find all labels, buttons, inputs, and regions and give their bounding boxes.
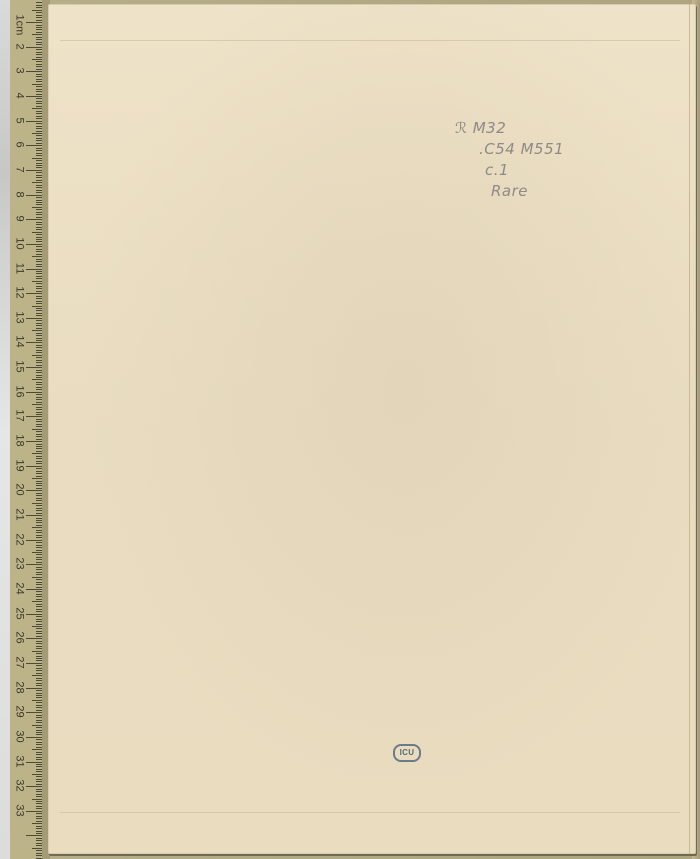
ruler-tick	[26, 688, 42, 689]
ruler-tick	[32, 158, 42, 159]
ruler-tick	[26, 564, 42, 565]
ruler-tick	[26, 490, 42, 491]
call-number-line-1: ℛ M32	[455, 118, 564, 139]
ruler-tick	[32, 404, 42, 405]
ruler-tick	[26, 712, 42, 713]
ruler-tick	[26, 737, 42, 738]
page-fold-line	[689, 4, 690, 854]
ruler-label: 8	[14, 187, 25, 201]
ruler-label: 14	[14, 335, 25, 349]
ruler-tick	[32, 10, 42, 11]
ruler-tick	[26, 71, 42, 72]
ruler-label: 7	[14, 162, 25, 176]
ruler-label: 33	[14, 803, 25, 817]
faint-border-bottom	[60, 812, 680, 813]
ruler-label: 23	[14, 557, 25, 571]
ruler-tick	[32, 84, 42, 85]
ruler-tick	[32, 133, 42, 134]
ruler-label: 20	[14, 483, 25, 497]
ruler-label: 3	[14, 64, 25, 78]
ruler-label: 26	[14, 631, 25, 645]
ruler-label: 25	[14, 606, 25, 620]
ruler-label: 32	[14, 779, 25, 793]
ruler-label: 24	[14, 581, 25, 595]
ruler-label: 15	[14, 360, 25, 374]
ruler-tick	[26, 244, 42, 245]
ruler-tick	[32, 256, 42, 257]
ruler-tick	[26, 515, 42, 516]
measuring-ruler: 1cm2345678910111213141516171819202122232…	[10, 0, 43, 859]
ruler-tick	[26, 269, 42, 270]
ruler-tick	[32, 379, 42, 380]
ruler-tick	[32, 799, 42, 800]
ruler-tick	[26, 786, 42, 787]
ruler-label: 2	[14, 39, 25, 53]
ruler-label: 11	[14, 261, 25, 275]
ruler-tick	[32, 306, 42, 307]
ruler-tick	[32, 478, 42, 479]
ruler-tick	[26, 441, 42, 442]
ruler-tick	[26, 195, 42, 196]
ruler-tick	[32, 281, 42, 282]
ruler-label: 13	[14, 310, 25, 324]
ruler-tick	[26, 47, 42, 48]
ruler-tick	[32, 429, 42, 430]
ruler-tick	[26, 145, 42, 146]
ruler-tick	[26, 762, 42, 763]
ruler-label: 4	[14, 88, 25, 102]
ruler-tick	[26, 614, 42, 615]
call-number-line-2: .C54 M551	[455, 139, 564, 160]
ruler-label: 9	[14, 212, 25, 226]
ruler-label: 21	[14, 508, 25, 522]
faint-border-top	[60, 40, 680, 41]
ruler-label: 31	[14, 754, 25, 768]
ruler-tick	[32, 527, 42, 528]
ruler-tick	[32, 749, 42, 750]
ruler-label: 30	[14, 729, 25, 743]
ruler-label: 27	[14, 655, 25, 669]
ruler-tick	[32, 59, 42, 60]
ruler-tick	[26, 170, 42, 171]
ruler-tick	[32, 700, 42, 701]
ruler-label: 29	[14, 705, 25, 719]
ruler-label: 18	[14, 434, 25, 448]
ruler-tick	[32, 108, 42, 109]
ruler-tick	[26, 540, 42, 541]
ruler-tick	[32, 182, 42, 183]
ruler-tick	[26, 342, 42, 343]
ruler-tick	[32, 577, 42, 578]
ruler-tick	[32, 207, 42, 208]
document-page	[48, 4, 696, 854]
ruler-tick	[26, 392, 42, 393]
ruler-tick	[32, 651, 42, 652]
ruler-tick	[32, 601, 42, 602]
ruler-label: 5	[14, 113, 25, 127]
handwritten-call-number: ℛ M32 .C54 M551 c.1 Rare	[455, 118, 564, 202]
ruler-tick	[26, 293, 42, 294]
ruler-tick	[26, 466, 42, 467]
ruler-label: 10	[14, 236, 25, 250]
ruler-tick	[32, 34, 42, 35]
ruler-tick	[26, 219, 42, 220]
ruler-label: 22	[14, 532, 25, 546]
ruler-tick	[26, 811, 42, 812]
call-number-line-4: Rare	[455, 181, 564, 202]
ruler-tick	[26, 589, 42, 590]
ruler-tick	[26, 367, 42, 368]
ruler-tick	[32, 774, 42, 775]
ruler-tick	[26, 121, 42, 122]
ruler-tick	[32, 453, 42, 454]
ruler-tick	[32, 355, 42, 356]
ruler-tick	[26, 22, 42, 23]
ruler-label: 28	[14, 680, 25, 694]
ruler-label: 19	[14, 458, 25, 472]
ruler-tick	[32, 626, 42, 627]
icu-stamp: ICU	[393, 744, 421, 762]
ruler-tick	[26, 663, 42, 664]
ruler-label: 16	[14, 384, 25, 398]
ruler-tick	[26, 638, 42, 639]
ruler-tick	[26, 318, 42, 319]
ruler-tick	[32, 552, 42, 553]
ruler-tick	[32, 232, 42, 233]
ruler-tick	[26, 96, 42, 97]
ruler-tick	[32, 725, 42, 726]
ruler-tick	[26, 835, 42, 836]
ruler-tick	[32, 675, 42, 676]
ruler-label: 17	[14, 409, 25, 423]
ruler-tick	[32, 823, 42, 824]
ruler-tick	[32, 848, 42, 849]
ruler-label: 1cm	[14, 15, 25, 29]
ruler-label: 12	[14, 286, 25, 300]
call-number-line-3: c.1	[455, 160, 564, 181]
ruler-label: 6	[14, 138, 25, 152]
ruler-tick	[32, 330, 42, 331]
ruler-tick	[32, 503, 42, 504]
ruler-tick	[26, 416, 42, 417]
